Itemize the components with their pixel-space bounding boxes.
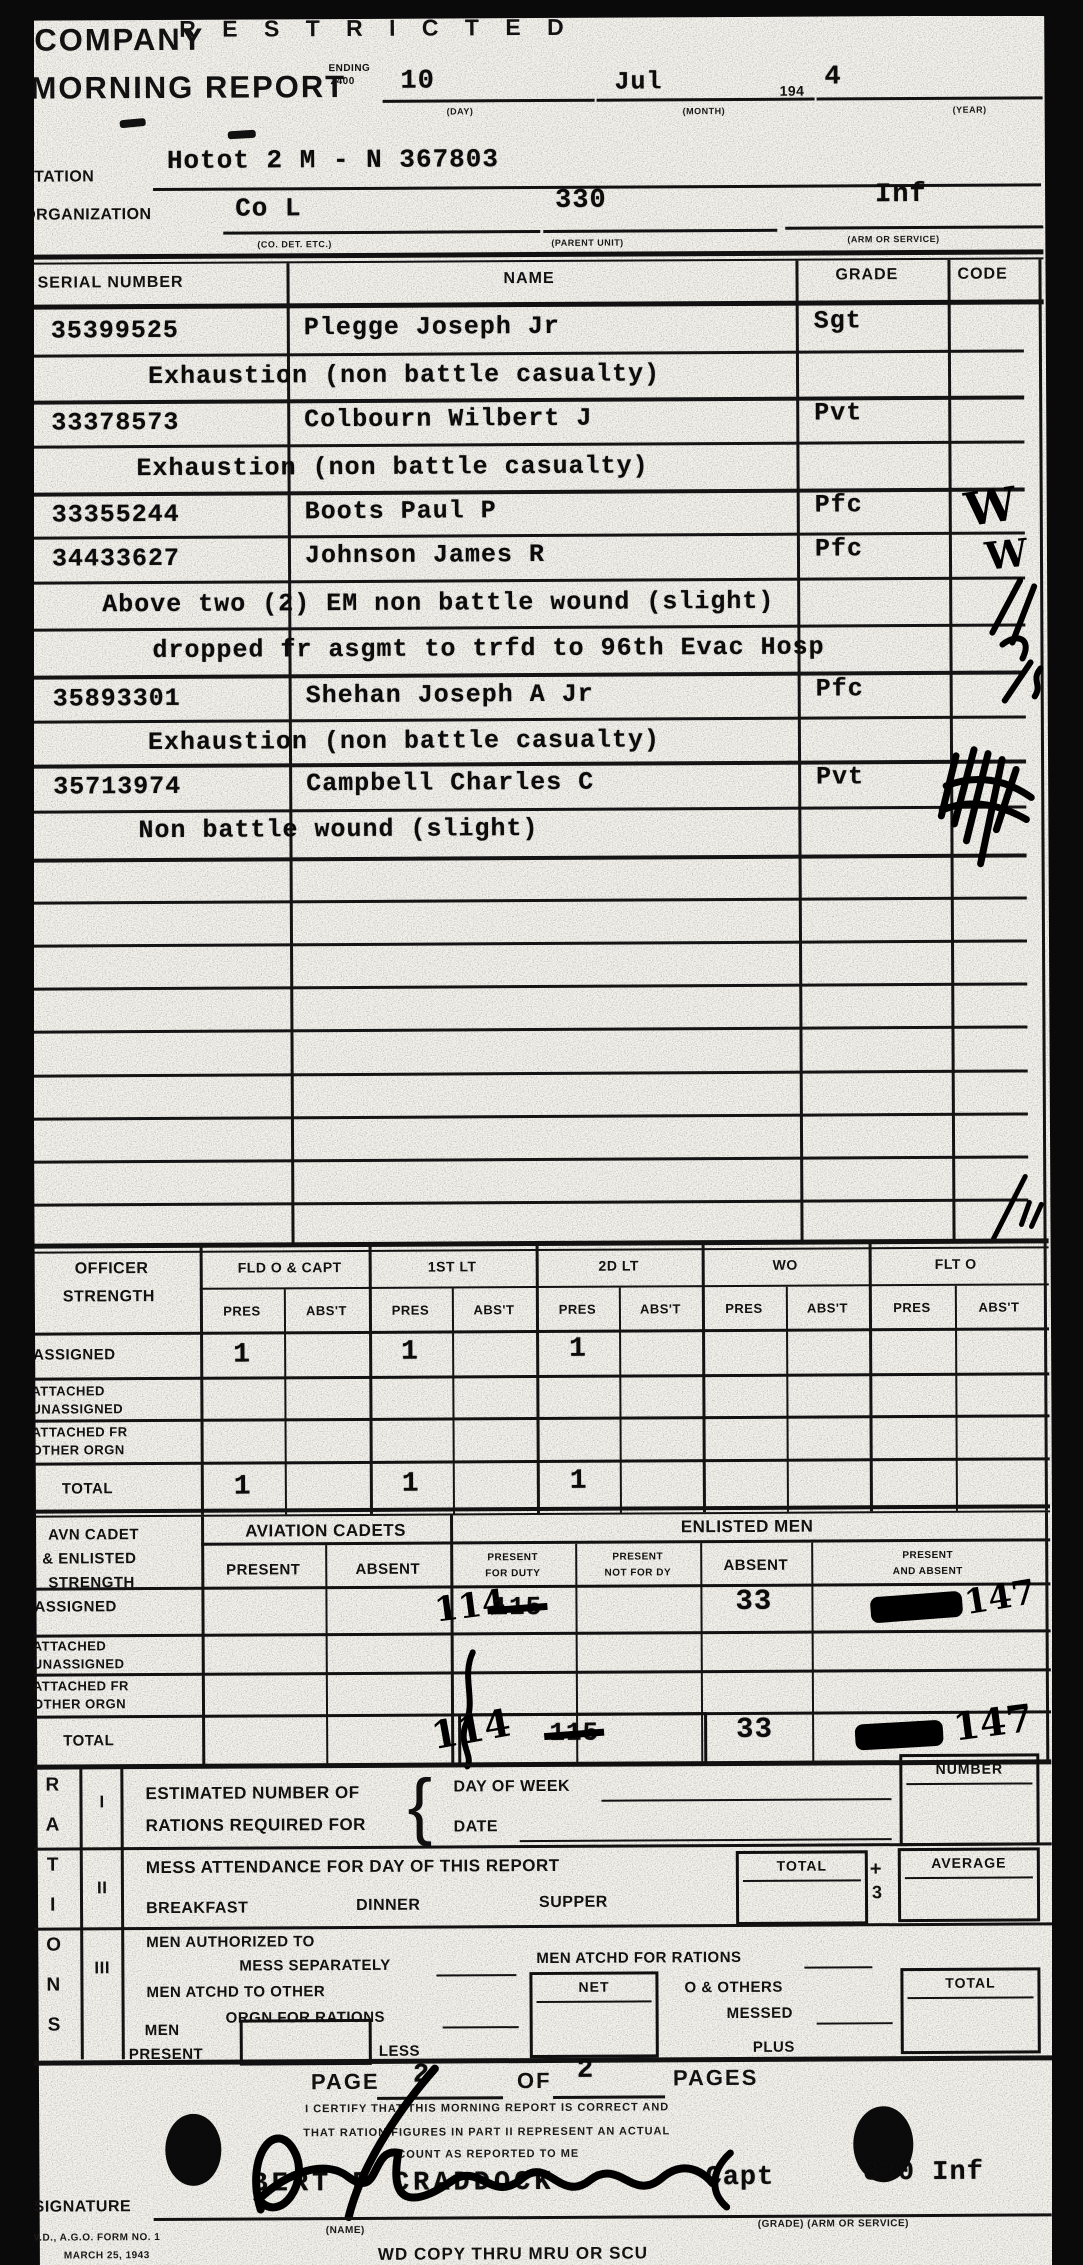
group-flt-o: FLT O	[869, 1255, 1043, 1272]
men-atchd-other-label: MEN ATCHD TO OTHER	[146, 1983, 325, 2001]
breakfast-label: BREAKFAST	[146, 1900, 248, 1919]
report-day-value: 10	[400, 67, 435, 97]
rations-required-1: ESTIMATED NUMBER OF	[145, 1783, 359, 1804]
struck-pfd-total: 115	[549, 1718, 599, 1748]
signature-label: SIGNATURE	[34, 2198, 132, 2217]
group-2d-lt: 2D LT	[536, 1257, 702, 1274]
net-label: NET	[532, 1978, 655, 1995]
enl-row-assigned: ASSIGNED	[34, 1598, 116, 1615]
remark-line: Non battle wound (slight)	[138, 814, 538, 845]
col-pnfd-2: NOT FOR DY	[575, 1567, 700, 1579]
wd-copy-note: WD COPY THRU MRU OR SCU	[378, 2243, 648, 2264]
men-label: MEN	[145, 2022, 180, 2039]
remark-line: Exhaustion (non battle casualty)	[148, 725, 660, 757]
ending-label: ENDING	[328, 63, 370, 74]
less-label: LESS	[379, 2043, 420, 2060]
divide-plus-glyph: +	[870, 1858, 882, 1881]
arm-service-caption: (ARM OR SERVICE)	[847, 234, 939, 244]
subcol-pres: PRES	[200, 1303, 284, 1318]
handwritten-code-w: W	[983, 529, 1030, 578]
report-year-value: 4	[824, 62, 841, 92]
number-box: NUMBER	[899, 1753, 1039, 1846]
group-wo: WO	[702, 1256, 869, 1273]
col-name: NAME	[503, 270, 554, 288]
scan-edge-left	[0, 0, 34, 2265]
row-assigned: ASSIGNED	[33, 1346, 115, 1363]
day-of-week-label: DAY OF WEEK	[453, 1778, 570, 1797]
supper-label: SUPPER	[539, 1894, 608, 1912]
em-absent-total: 33	[736, 1713, 773, 1746]
classification-banner: R E S T R I C T E D	[179, 14, 574, 43]
rations-letter: R	[45, 1775, 59, 1797]
year-prefix: 194	[780, 83, 805, 99]
rations-total-box: TOTAL	[900, 1967, 1040, 2054]
dinner-label: DINNER	[356, 1897, 420, 1915]
handwritten-dash	[228, 130, 256, 140]
brace-glyph: {	[407, 1763, 432, 1848]
punch-hole-left	[165, 2114, 221, 2186]
col-code: CODE	[957, 266, 1007, 284]
group-fldo-capt: FLD O & CAPT	[211, 1259, 369, 1276]
mess-total-label: TOTAL	[739, 1857, 865, 1874]
col-pfd-2: FOR DUTY	[450, 1568, 575, 1580]
obliterated-value	[854, 1720, 943, 1751]
subcol-abst: ABS'T	[786, 1300, 869, 1315]
name-value: Johnson James R	[305, 540, 545, 570]
col-pa-1: PRESENT	[811, 1549, 1044, 1561]
grade-value: Pfc	[815, 534, 863, 563]
year-caption: (YEAR)	[953, 105, 987, 115]
name-value: Plegge Joseph Jr	[304, 312, 560, 342]
divide-3-glyph: 3	[872, 1882, 883, 1903]
enl-header-1: AVN CADET	[48, 1526, 139, 1543]
section-i-numeral: I	[99, 1792, 104, 1812]
org-parent-value: 330	[555, 186, 607, 216]
number-box-label: NUMBER	[902, 1760, 1036, 1777]
name-value: Shehan Joseph A Jr	[306, 680, 594, 711]
enl-row-att-un-2: UNASSIGNED	[33, 1656, 125, 1671]
unit-caption: (CO. DET. ETC.)	[257, 239, 332, 249]
officer-total-1lt-pres: 1	[402, 1469, 420, 1500]
officer-strength-header-1: OFFICER	[75, 1260, 149, 1278]
row-total: TOTAL	[62, 1480, 113, 1497]
handwritten-scribble	[936, 745, 1047, 876]
enl-row-att-fr-1: ATTACHED FR	[33, 1678, 129, 1694]
row-attached-fr-2: OTHER ORGN	[32, 1442, 125, 1457]
grade-value: Pvt	[814, 398, 862, 427]
messed-label: MESSED	[727, 2005, 793, 2022]
serial-value: 33378573	[51, 408, 179, 438]
serial-value: 34433627	[52, 544, 180, 574]
grade-arm-caption: (GRADE) (ARM OR SERVICE)	[758, 2218, 909, 2230]
form-date: MARCH 25, 1943	[64, 2250, 150, 2261]
net-box: NET	[529, 1971, 658, 2058]
remark-line: dropped fr asgmt to trfd to 96th Evac Ho…	[152, 633, 824, 666]
organization-label: ORGANIZATION	[23, 206, 151, 225]
serial-value: 33355244	[52, 500, 180, 530]
remark-line: Above two (2) EM non battle wound (sligh…	[102, 587, 774, 620]
grade-value: Sgt	[814, 306, 862, 335]
rations-required-2: RATIONS REQUIRED FOR	[146, 1815, 366, 1836]
handwritten-tally-mark	[985, 1172, 1045, 1244]
ending-2400-label: 2400	[330, 76, 354, 87]
mess-attendance-title: MESS ATTENDANCE FOR DAY OF THIS REPORT	[146, 1856, 560, 1878]
row-attached-fr-1: ATTACHED FR	[32, 1424, 128, 1440]
rations-letter: A	[46, 1815, 60, 1837]
scan-edge-right	[1052, 0, 1083, 2265]
enl-row-att-un-1: ATTACHED	[33, 1638, 107, 1653]
scan-edge-top	[0, 0, 1083, 16]
enl-row-total: TOTAL	[63, 1732, 114, 1749]
rations-letter: T	[47, 1855, 59, 1877]
subcol-abst: ABS'T	[955, 1299, 1043, 1314]
officer-total-2lt-pres: 1	[570, 1466, 588, 1497]
group-enlisted-men: ENLISTED MEN	[450, 1515, 1044, 1538]
scanned-morning-report: COMPANY R E S T R I C T E D MORNING REPO…	[0, 0, 1083, 2265]
officer-assigned-1lt-pres: 1	[401, 1337, 419, 1368]
rations-letter: O	[46, 1935, 61, 1957]
subcol-abst: ABS'T	[619, 1301, 702, 1316]
col-serial-number: SERIAL NUMBER	[38, 274, 184, 293]
subcol-pres: PRES	[536, 1302, 619, 1317]
em-absent-assigned: 33	[735, 1585, 772, 1618]
row-attached-unassigned-1: ATTACHED	[31, 1383, 105, 1398]
subcol-pres: PRES	[869, 1300, 955, 1315]
officer-assigned-fld-pres: 1	[233, 1340, 251, 1371]
row-attached-unassigned-2: UNASSIGNED	[31, 1401, 123, 1416]
average-box: AVERAGE	[898, 1847, 1040, 1922]
name-value: Boots Paul P	[305, 496, 497, 526]
report-month-value: Jul	[614, 67, 662, 96]
plus-label: PLUS	[753, 2039, 795, 2056]
rations-letter: N	[46, 1975, 60, 1997]
col-av-absent: ABSENT	[325, 1560, 450, 1578]
officer-strength-header-2: STRENGTH	[63, 1288, 155, 1306]
men-authorized-label: MEN AUTHORIZED TO	[146, 1933, 315, 1951]
subcol-pres: PRES	[702, 1301, 786, 1316]
men-atchd-rations-label: MEN ATCHD FOR RATIONS	[536, 1949, 741, 1967]
officer-total-fld-pres: 1	[234, 1472, 252, 1503]
subcol-abst: ABS'T	[452, 1302, 536, 1317]
handwritten-signature	[230, 2057, 751, 2230]
signer-arm: 330 Inf	[863, 2158, 984, 2189]
col-pnfd-1: PRESENT	[575, 1551, 700, 1563]
serial-value: 35399525	[51, 316, 179, 346]
remark-line: Exhaustion (non battle casualty)	[136, 451, 648, 483]
o-and-others-label: O & OTHERS	[684, 1979, 782, 1997]
section-iii-numeral: III	[94, 1958, 110, 1978]
section-ii-numeral: II	[97, 1878, 108, 1898]
serial-value: 35713974	[53, 772, 181, 802]
form-number: W.D., A.G.O. FORM NO. 1	[30, 2232, 161, 2244]
name-caption: (NAME)	[326, 2225, 365, 2236]
parent-unit-caption: (PARENT UNIT)	[551, 238, 623, 248]
month-caption: (MONTH)	[683, 106, 726, 116]
enl-header-2: & ENLISTED	[42, 1550, 136, 1567]
station-value: Hotot 2 M - N 367803	[167, 144, 499, 176]
rations-letter: S	[48, 2015, 61, 2037]
date-label: DATE	[454, 1818, 498, 1836]
mess-separately-label: MESS SEPARATELY	[239, 1957, 391, 1975]
day-caption: (DAY)	[447, 106, 474, 116]
rations-letter: I	[50, 1895, 56, 1917]
name-value: Campbell Charles C	[306, 768, 594, 799]
org-arm-value: Inf	[875, 180, 927, 210]
average-label: AVERAGE	[901, 1854, 1037, 1871]
org-unit-value: Co L	[235, 193, 302, 223]
serial-value: 35893301	[53, 684, 181, 714]
grade-value: Pfc	[816, 674, 864, 703]
form-title-morning-report: MORNING REPORT	[30, 69, 346, 107]
struck-pfd-assigned: 115	[492, 1592, 542, 1622]
mess-total-box: TOTAL	[736, 1850, 868, 1925]
subcol-abst: ABS'T	[284, 1303, 369, 1318]
col-pfd-1: PRESENT	[450, 1552, 575, 1564]
name-value: Colbourn Wilbert J	[304, 404, 592, 435]
col-grade: GRADE	[835, 266, 898, 284]
subcol-pres: PRES	[369, 1302, 452, 1317]
remark-line: Exhaustion (non battle casualty)	[148, 359, 660, 391]
grade-value: Pvt	[816, 762, 864, 791]
handwritten-slash-marks	[982, 572, 1053, 702]
enl-row-att-fr-2: OTHER ORGN	[33, 1696, 126, 1711]
grade-value: Pfc	[815, 490, 863, 519]
group-1st-lt: 1ST LT	[369, 1258, 536, 1275]
group-aviation-cadets: AVIATION CADETS	[201, 1520, 450, 1541]
officer-assigned-2lt-pres: 1	[569, 1334, 587, 1365]
col-em-absent: ABSENT	[700, 1557, 811, 1575]
col-av-present: PRESENT	[201, 1561, 325, 1579]
handwritten-code-w: W	[961, 476, 1020, 537]
rations-total-label: TOTAL	[903, 1974, 1037, 1991]
